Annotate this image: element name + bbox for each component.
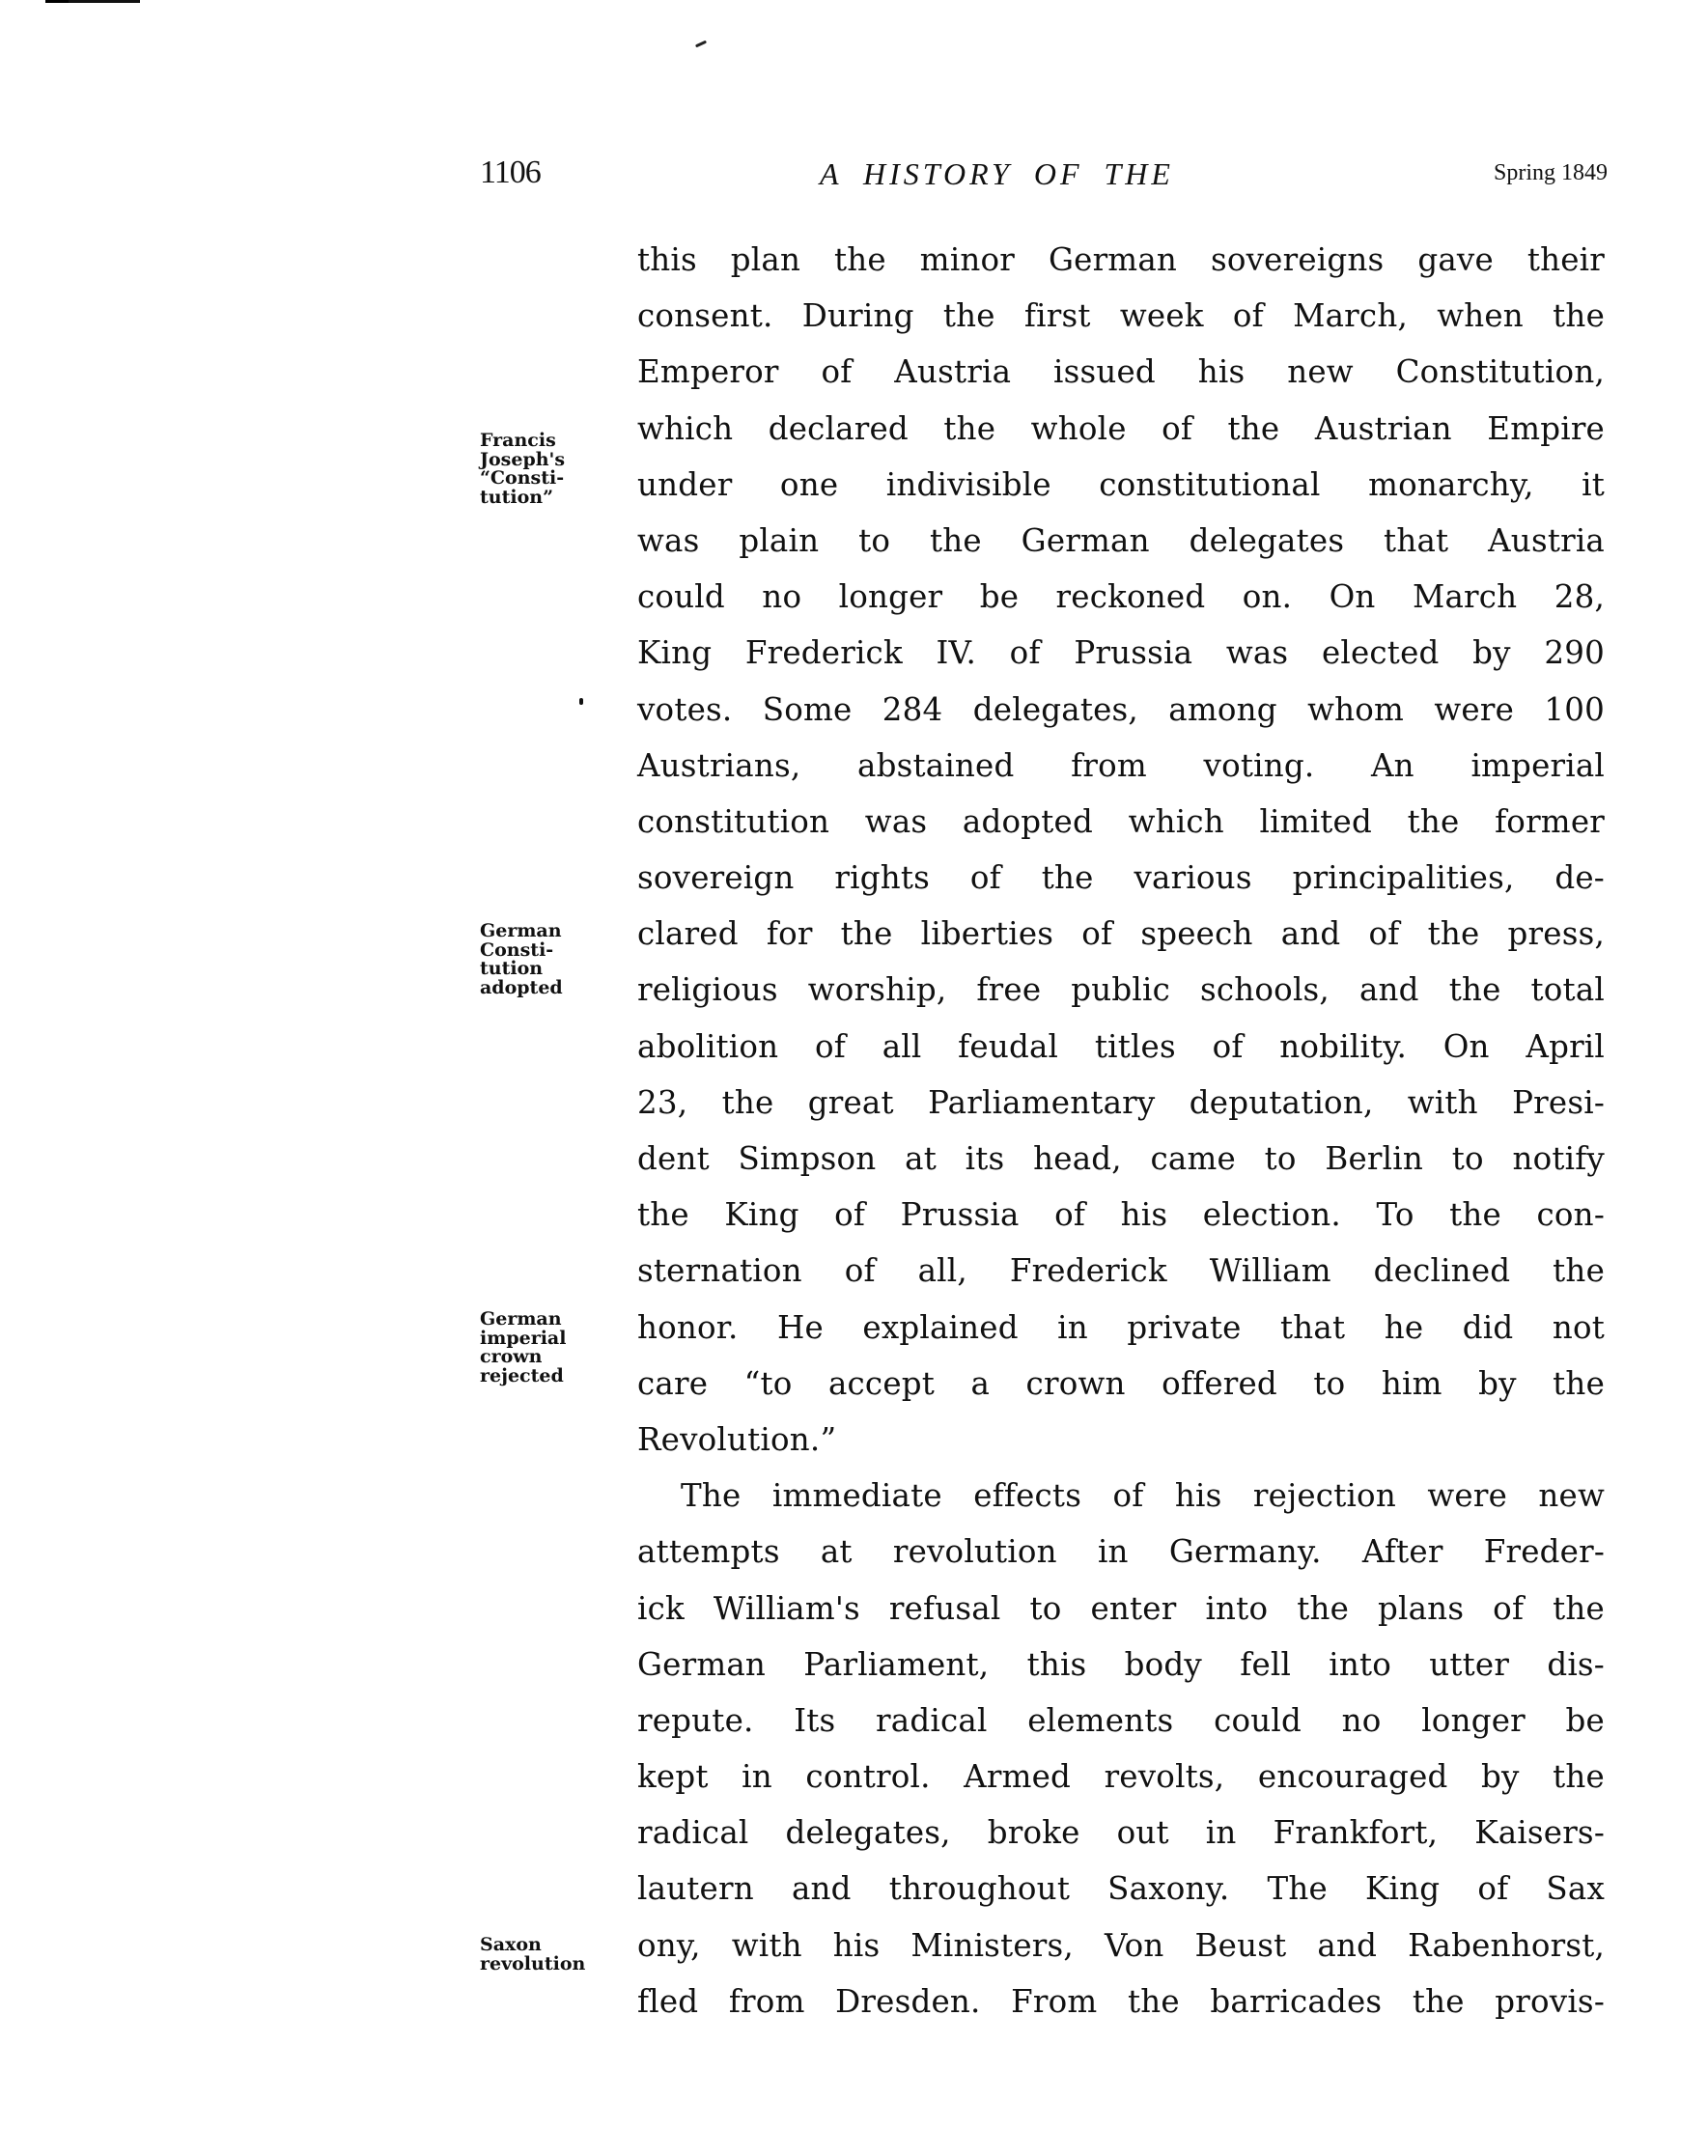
- paragraph-2: The immediate effects of his rejection w…: [637, 1468, 1605, 2030]
- text-line: Revolution.”: [637, 1412, 1605, 1468]
- text-line: fled from Dresden. From the barricades t…: [637, 1974, 1605, 2030]
- scan-artifact-mark: [695, 41, 707, 48]
- margin-note-line: “Consti-: [480, 469, 615, 489]
- text-line: clared for the liberties of speech and o…: [637, 906, 1605, 962]
- top-edge-rule: [45, 0, 140, 3]
- margin-note-line: adopted: [480, 979, 615, 998]
- text-line: German Parliament, this body fell into u…: [637, 1637, 1605, 1693]
- text-line: religious worship, free public schools, …: [637, 962, 1605, 1018]
- text-line: ick William's refusal to enter into the …: [637, 1581, 1605, 1637]
- margin-note-line: German: [480, 922, 615, 941]
- margin-note-line: Francis: [480, 432, 615, 451]
- text-line: Emperor of Austria issued his new Consti…: [637, 344, 1605, 400]
- text-line: kept in control. Armed revolts, encourag…: [637, 1749, 1605, 1805]
- text-line: honor. He explained in private that he d…: [637, 1300, 1605, 1356]
- text-line: which declared the whole of the Austrian…: [637, 401, 1605, 457]
- text-line: sovereign rights of the various principa…: [637, 850, 1605, 906]
- scan-artifact-dot: [579, 698, 583, 705]
- text-line: ony, with his Ministers, Von Beust and R…: [637, 1918, 1605, 1974]
- text-line: Austrians, abstained from voting. An imp…: [637, 738, 1605, 794]
- margin-note-line: revolution: [480, 1955, 615, 1974]
- text-line: lautern and throughout Saxony. The King …: [637, 1861, 1605, 1917]
- margin-note-line: German: [480, 1310, 615, 1330]
- text-line: The immediate effects of his rejection w…: [637, 1468, 1605, 1524]
- text-line: sternation of all, Frederick William dec…: [637, 1243, 1605, 1299]
- running-head: 1106 A HISTORY OF THE Spring 1849: [480, 154, 1608, 193]
- margin-note-line: rejected: [480, 1367, 615, 1386]
- text-line: repute. Its radical elements could no lo…: [637, 1693, 1605, 1749]
- running-title: A HISTORY OF THE: [820, 156, 1174, 192]
- margin-note-german-constitution: German Consti- tution adopted: [480, 922, 615, 997]
- page-number: 1106: [480, 154, 541, 191]
- margin-note-crown-rejected: German imperial crown rejected: [480, 1310, 615, 1386]
- text-line: could no longer be reckoned on. On March…: [637, 569, 1605, 625]
- text-line: care “to accept a crown offered to him b…: [637, 1356, 1605, 1412]
- text-line: attempts at revolution in Germany. After…: [637, 1524, 1605, 1580]
- text-line: abolition of all feudal titles of nobili…: [637, 1019, 1605, 1075]
- text-line: votes. Some 284 delegates, among whom we…: [637, 682, 1605, 738]
- text-line: this plan the minor German sovereigns ga…: [637, 232, 1605, 288]
- text-line: King Frederick IV. of Prussia was electe…: [637, 625, 1605, 681]
- text-line: consent. During the first week of March,…: [637, 288, 1605, 344]
- text-line: under one indivisible constitutional mon…: [637, 457, 1605, 513]
- margin-note-francis-joseph: Francis Joseph's “Consti- tution”: [480, 432, 615, 507]
- text-line: constitution was adopted which limited t…: [637, 794, 1605, 850]
- text-line: radical delegates, broke out in Frankfor…: [637, 1805, 1605, 1861]
- running-date: Spring 1849: [1494, 160, 1608, 186]
- body-text: this plan the minor German sovereigns ga…: [637, 232, 1605, 2030]
- margin-note-line: crown: [480, 1348, 615, 1367]
- text-line: the King of Prussia of his election. To …: [637, 1187, 1605, 1243]
- margin-note-line: tution”: [480, 489, 615, 508]
- text-line: 23, the great Parliamentary deputation, …: [637, 1075, 1605, 1131]
- text-line: dent Simpson at its head, came to Berlin…: [637, 1131, 1605, 1187]
- margin-note-line: Saxon: [480, 1936, 615, 1955]
- margin-note-saxon-revolution: Saxon revolution: [480, 1936, 615, 1974]
- paragraph-1: this plan the minor German sovereigns ga…: [637, 232, 1605, 1468]
- text-line: was plain to the German delegates that A…: [637, 513, 1605, 569]
- margin-note-line: tution: [480, 960, 615, 979]
